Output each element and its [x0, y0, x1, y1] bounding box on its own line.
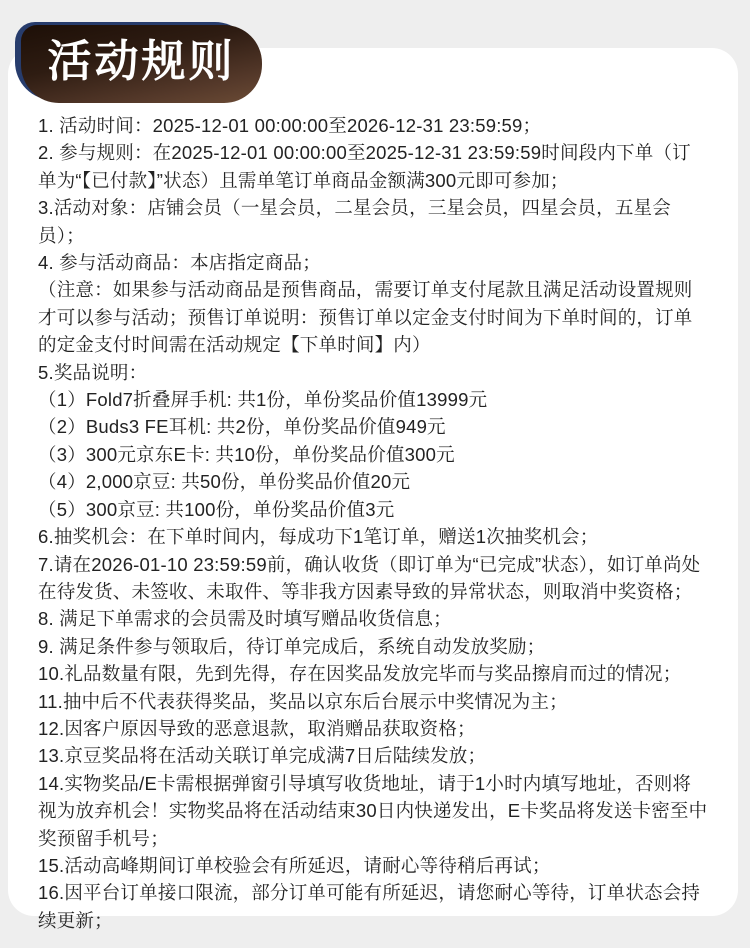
rule-paragraph: 2. 参与规则：在2025-12-01 00:00:00至2025-12-31 …: [38, 139, 708, 194]
rule-paragraph: 5.奖品说明：: [38, 359, 708, 386]
prize-item: （5）300京豆: 共100份，单份奖品价值3元: [38, 496, 708, 523]
rule-paragraph: 10.礼品数量有限，先到先得，存在因奖品发放完毕而与奖品擦肩而过的情况；: [38, 660, 708, 687]
prize-item: （3）300元京东E卡: 共10份，单份奖品价值300元: [38, 441, 708, 468]
page-title: 活动规则: [48, 40, 236, 88]
rule-paragraph: 3.活动对象：店铺会员（一星会员，二星会员，三星会员，四星会员，五星会员）；: [38, 194, 708, 249]
rule-paragraph: 12.因客户原因导致的恶意退款，取消赠品获取资格；: [38, 715, 708, 742]
prize-item: （2）Buds3 FE耳机: 共2份，单份奖品价值949元: [38, 413, 708, 440]
rule-paragraph: 9. 满足条件参与领取后，待订单完成后，系统自动发放奖励；: [38, 633, 708, 660]
rules-card: 1. 活动时间：2025-12-01 00:00:00至2026-12-31 2…: [8, 48, 738, 916]
rules-title-badge: 活动规则: [21, 25, 262, 103]
rule-paragraph: 13.京豆奖品将在活动关联订单完成满7日后陆续发放；: [38, 742, 708, 769]
rule-paragraph: 15.活动高峰期间订单校验会有所延迟，请耐心等待稍后再试；: [38, 852, 708, 879]
rule-paragraph: 14.实物奖品/E卡需根据弹窗引导填写收货地址，请于1小时内填写地址，否则将视为…: [38, 770, 708, 852]
rule-paragraph: 1. 活动时间：2025-12-01 00:00:00至2026-12-31 2…: [38, 112, 708, 139]
prize-item: （4）2,000京豆: 共50份，单份奖品价值20元: [38, 468, 708, 495]
rule-paragraph: （注意：如果参与活动商品是预售商品，需要订单支付尾款且满足活动设置规则才可以参与…: [38, 276, 708, 358]
rule-paragraph: 8. 满足下单需求的会员需及时填写赠品收货信息；: [38, 605, 708, 632]
prize-item: （1）Fold7折叠屏手机: 共1份，单份奖品价值13999元: [38, 386, 708, 413]
rule-paragraph: 11.抽中后不代表获得奖品，奖品以京东后台展示中奖情况为主；: [38, 688, 708, 715]
rules-list: 1. 活动时间：2025-12-01 00:00:00至2026-12-31 2…: [8, 48, 738, 948]
rule-paragraph: 6.抽奖机会：在下单时间内，每成功下1笔订单，赠送1次抽奖机会；: [38, 523, 708, 550]
rule-paragraph: 16.因平台订单接口限流，部分订单可能有所延迟，请您耐心等待，订单状态会持续更新…: [38, 879, 708, 934]
rule-paragraph: 7.请在2026-01-10 23:59:59前，确认收货（即订单为“已完成”状…: [38, 551, 708, 606]
rule-paragraph: 4. 参与活动商品：本店指定商品；: [38, 249, 708, 276]
